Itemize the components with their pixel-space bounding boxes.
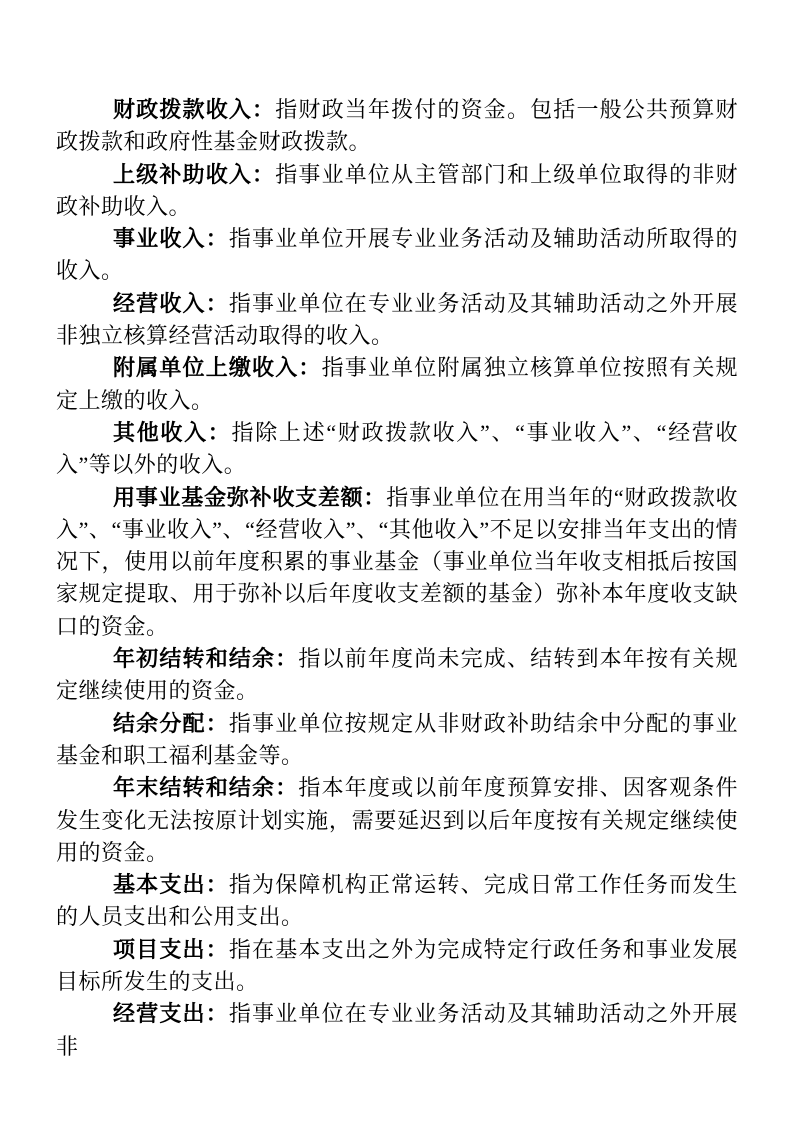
glossary-paragraph: 年末结转和结余：指本年度或以前年度预算安排、因客观条件发生变化无法按原计划实施，… (56, 772, 738, 869)
glossary-paragraph: 经营支出：指事业单位在专业业务活动及其辅助活动之外开展非 (56, 998, 738, 1063)
term-label: 用事业基金弥补收支差额： (113, 485, 386, 510)
term-label: 事业收入： (113, 226, 229, 251)
glossary-paragraph: 经营收入：指事业单位在专业业务活动及其辅助活动之外开展非独立核算经营活动取得的收… (56, 288, 738, 353)
term-label: 经营收入： (113, 291, 229, 316)
glossary-paragraph: 财政拨款收入：指财政当年拨付的资金。包括一般公共预算财政拨款和政府性基金财政拨款… (56, 94, 738, 159)
term-label: 基本支出： (113, 872, 229, 897)
term-label: 其他收入： (113, 420, 232, 445)
glossary-paragraph: 项目支出：指在基本支出之外为完成特定行政任务和事业发展目标所发生的支出。 (56, 934, 738, 999)
term-label: 年末结转和结余： (113, 775, 298, 800)
document-page: 财政拨款收入：指财政当年拨付的资金。包括一般公共预算财政拨款和政府性基金财政拨款… (0, 0, 793, 1122)
glossary-paragraph: 上级补助收入：指事业单位从主管部门和上级单位取得的非财政补助收入。 (56, 159, 738, 224)
term-label: 结余分配： (113, 711, 229, 736)
glossary-paragraph: 年初结转和结余：指以前年度尚未完成、结转到本年按有关规定继续使用的资金。 (56, 643, 738, 708)
term-label: 财政拨款收入： (113, 97, 275, 122)
glossary-paragraph: 结余分配：指事业单位按规定从非财政补助结余中分配的事业基金和职工福利基金等。 (56, 708, 738, 773)
term-label: 年初结转和结余： (113, 646, 298, 671)
term-label: 经营支出： (113, 1001, 229, 1026)
document-body: 财政拨款收入：指财政当年拨付的资金。包括一般公共预算财政拨款和政府性基金财政拨款… (56, 94, 738, 1063)
term-label: 附属单位上缴收入： (113, 355, 322, 380)
term-label: 上级补助收入： (113, 162, 275, 187)
glossary-paragraph: 用事业基金弥补收支差额：指事业单位在用当年的“财政拨款收入”、“事业收入”、“经… (56, 482, 738, 643)
term-label: 项目支出： (113, 937, 229, 962)
glossary-paragraph: 事业收入：指事业单位开展专业业务活动及辅助活动所取得的收入。 (56, 223, 738, 288)
glossary-paragraph: 基本支出：指为保障机构正常运转、完成日常工作任务而发生的人员支出和公用支出。 (56, 869, 738, 934)
glossary-paragraph: 其他收入：指除上述“财政拨款收入”、“事业收入”、“经营收入”等以外的收入。 (56, 417, 738, 482)
glossary-paragraph: 附属单位上缴收入：指事业单位附属独立核算单位按照有关规定上缴的收入。 (56, 352, 738, 417)
